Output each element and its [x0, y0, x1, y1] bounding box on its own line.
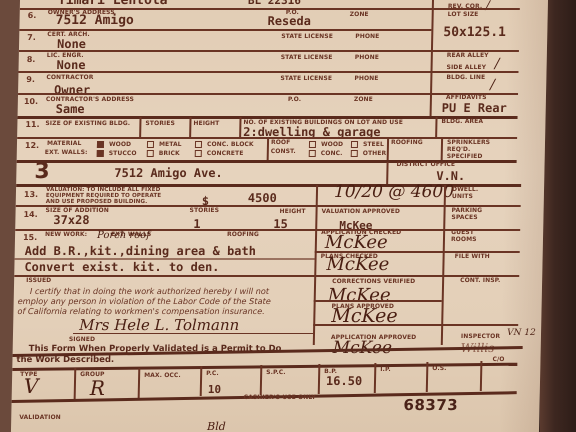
type-value: V: [24, 374, 39, 398]
divider: [74, 368, 77, 400]
divider: [374, 363, 377, 393]
checkbox-stucco[interactable]: [97, 150, 104, 157]
divider: [430, 0, 434, 118]
po-label: P.O.: [288, 96, 301, 103]
lot-size-label: LOT SIZE: [448, 11, 479, 18]
phone-label: PHONE: [355, 54, 379, 61]
inspector-label: INSPECTOR: [461, 333, 500, 340]
dwell-units-label: DWELL. UNITS: [452, 186, 486, 200]
lot-size-value: 50x125.1: [443, 26, 506, 39]
state-license-label: STATE LICENSE: [280, 75, 332, 82]
row-number: 15.: [23, 233, 37, 242]
roofing-label: ROOFING: [391, 139, 423, 146]
roof-option-steel: STEEL: [363, 141, 384, 148]
divider: [14, 275, 519, 277]
sprinklers-label: SPRINKLERS REQ'D. SPECIFIED: [447, 139, 497, 160]
phone-label: PHONE: [355, 33, 379, 40]
applicant-signature: Mrs Hele L. Tolmann: [79, 316, 239, 334]
row-number: 12.: [25, 141, 39, 150]
divider: [19, 50, 519, 52]
row-number: 10.: [24, 97, 38, 106]
job-address: 7512 Amigo Ave.: [114, 167, 223, 180]
inspector-note: VN 12: [507, 328, 536, 338]
row-number: 6.: [28, 11, 37, 20]
top-right-partial: BL 22316: [248, 0, 301, 7]
row-number: 9.: [26, 75, 35, 84]
divider: [260, 365, 263, 395]
roof-option-conc: CONC.: [321, 150, 343, 157]
roofing-label: ROOFING: [227, 231, 259, 238]
divider: [313, 185, 318, 345]
divider: [480, 361, 483, 391]
bldg-line-label: BLDG. LINE: [446, 74, 485, 81]
group-value: R: [90, 376, 106, 400]
parking-spaces-label: PARKING SPACES: [451, 207, 485, 221]
signature-line: [73, 333, 313, 334]
pc-label: P.C.: [206, 370, 219, 377]
lot-number: 3: [34, 159, 50, 184]
option-conc-block: CONC. BLOCK: [207, 141, 254, 148]
certification-line: I certify that in doing the work authori…: [30, 286, 269, 296]
divider: [189, 117, 191, 137]
signed-label: SIGNED: [69, 336, 95, 343]
new-work-line-1: Add B.R.,kit.,dining area & bath: [25, 245, 256, 258]
option-brick: BRICK: [159, 150, 180, 157]
new-work-label: NEW WORK:: [45, 231, 87, 238]
divider: [18, 71, 518, 73]
file-with-label: FILE WITH: [455, 253, 490, 260]
checkbox-roof-wood[interactable]: [309, 141, 316, 148]
permit-stamp-number: 68373: [403, 396, 458, 414]
ext-walls-label: EXT. WALLS:: [45, 149, 88, 156]
new-work-line-2: Convert exist. kit. to den.: [24, 261, 219, 274]
valuation-handwritten: 10/20 @ 4600: [334, 182, 454, 202]
row-number: 14.: [23, 210, 37, 219]
row-number: 7.: [27, 33, 36, 42]
rear-alley-label: REAR ALLEY: [447, 52, 489, 59]
option-metal: METAL: [159, 141, 182, 148]
divider: [318, 364, 321, 394]
size-addition-value: 37x28: [53, 214, 89, 227]
divider: [441, 138, 443, 160]
divider: [426, 362, 429, 392]
zone-label: ZONE: [350, 11, 369, 18]
os-label: O.S.: [432, 365, 446, 372]
option-concrete: CONCRETE: [207, 150, 244, 157]
checkbox-roof-other[interactable]: [351, 150, 358, 157]
stories-label: STORIES: [190, 207, 220, 214]
guest-rooms-label: GUEST ROOMS: [451, 229, 485, 243]
checkbox-brick[interactable]: [147, 150, 154, 157]
contractors-address-value: Same: [56, 103, 85, 116]
rev-cor-check: /: [486, 0, 490, 12]
divider: [441, 185, 446, 345]
divider: [314, 300, 442, 302]
handwritten-partial: Bld: [207, 420, 226, 432]
divider: [313, 324, 518, 326]
checkbox-conc-block[interactable]: [195, 141, 202, 148]
validation-label: VALIDATION: [19, 414, 61, 421]
roof-const-label: CONST.: [271, 148, 296, 155]
affidavits-value: PU E Rear: [442, 102, 507, 115]
issued-label: ISSUED: [26, 277, 51, 284]
divider: [267, 138, 269, 160]
roof-option-wood: WOOD: [321, 141, 343, 148]
option-wood: WOOD: [109, 141, 131, 148]
valuation-label: VALUATION: TO INCLUDE ALL FIXED EQUIPMEN…: [46, 187, 162, 205]
divider: [435, 117, 437, 137]
spc-label: S.P.C.: [266, 369, 286, 376]
valuation-approved-label: VALUATION APPROVED: [321, 208, 400, 215]
bp-value: 16.50: [326, 375, 362, 388]
max-occ-label: MAX. OCC.: [144, 372, 181, 379]
corrections-verified-label: CORRECTIONS VERIFIED: [332, 278, 415, 285]
cashiers-use-label: CASHIER'S USE ONLY: [244, 394, 316, 401]
height-label: HEIGHT: [193, 120, 219, 127]
zone-label: ZONE: [354, 96, 373, 103]
divider: [138, 368, 141, 398]
ip-label: I.P.: [380, 366, 391, 373]
porch-roof-note: Porch roof: [97, 230, 150, 241]
divider: [15, 229, 520, 231]
row-number: 11.: [25, 120, 39, 129]
valuation-value: 4500: [248, 192, 277, 205]
state-license-label: STATE LICENSE: [281, 54, 333, 61]
owner-name: Timari Lehtola: [58, 0, 168, 7]
checkbox-roof-conc[interactable]: [309, 150, 316, 157]
divider: [387, 138, 389, 160]
affidavits-label: AFFIDAVITS: [446, 94, 487, 101]
permit-document: Timari Lehtola BL 22316 REV. COR. / 6. O…: [11, 0, 548, 432]
checkbox-wood[interactable]: [97, 141, 104, 148]
cont-insp-label: CONT. INSP.: [460, 277, 500, 284]
divider: [239, 117, 241, 137]
plans-checked-signature: McKee: [326, 254, 389, 275]
existing-size-label: SIZE OF EXISTING BLDG.: [45, 120, 130, 127]
row-number: 8.: [27, 55, 36, 64]
pc-value: 10: [208, 383, 222, 396]
divider: [139, 117, 141, 137]
height-label: HEIGHT: [279, 208, 305, 215]
option-stucco: STUCCO: [109, 150, 137, 157]
checkbox-metal[interactable]: [147, 141, 154, 148]
divider: [386, 162, 388, 184]
roof-label: ROOF: [271, 139, 290, 146]
bldg-line-check: /: [490, 77, 495, 93]
district-office-label: DISTRICT OFFICE: [396, 161, 455, 168]
checkbox-roof-steel[interactable]: [351, 141, 358, 148]
row-number: 13.: [24, 190, 38, 199]
state-license-label: STATE LICENSE: [281, 33, 333, 40]
divider: [18, 93, 518, 95]
certification-line: of California relating to workmen's comp…: [17, 306, 265, 316]
checkbox-concrete[interactable]: [195, 150, 202, 157]
po-value: Reseda: [267, 15, 311, 28]
contractor-label: CONTRACTOR: [46, 74, 93, 81]
roof-option-other: OTHER: [363, 150, 387, 157]
stories-label: STORIES: [145, 120, 175, 127]
application-checked-signature: McKee: [325, 232, 388, 253]
side-alley-check: /: [494, 56, 499, 72]
owners-address-value: 7512 Amigo: [55, 14, 134, 27]
material-label: MATERIAL: [47, 140, 82, 147]
divider: [200, 366, 203, 396]
certification-line: employ any person in violation of the La…: [18, 296, 271, 306]
phone-label: PHONE: [354, 75, 378, 82]
side-alley-label: SIDE ALLEY: [447, 64, 487, 71]
bldg-area-label: BLDG. AREA: [441, 118, 483, 125]
